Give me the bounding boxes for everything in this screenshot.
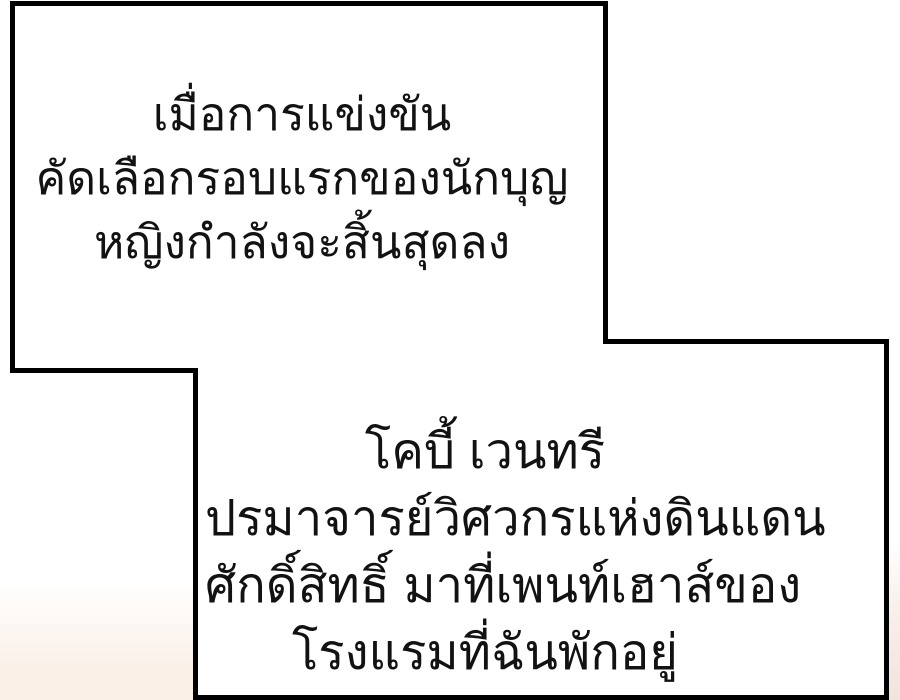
bottom-caption-line-3: ศักดิ์สิทธิ์ มาที่เพนท์เฮาส์ของ: [205, 553, 765, 620]
bottom-caption-line-2: ปรมาจารย์วิศวกรแห่งดินแดน: [205, 486, 765, 553]
top-caption: เมื่อการแข่งขัน คัดเลือกรอบแรกของนักบุญ …: [8, 82, 596, 274]
bottom-caption-line-4: โรงแรมที่ฉันพักอยู่: [205, 620, 765, 687]
top-caption-line-3: หญิงกำลังจะสิ้นสุดลง: [8, 210, 596, 274]
bottom-caption: โคบี้ เวนทรี ปรมาจารย์วิศวกรแห่งดินแดน ศ…: [205, 419, 765, 687]
top-caption-line-1: เมื่อการแข่งขัน: [8, 82, 596, 146]
comic-page: เมื่อการแข่งขัน คัดเลือกรอบแรกของนักบุญ …: [0, 0, 900, 700]
bottom-caption-line-1: โคบี้ เวนทรี: [205, 419, 765, 486]
top-caption-line-2: คัดเลือกรอบแรกของนักบุญ: [8, 146, 596, 210]
